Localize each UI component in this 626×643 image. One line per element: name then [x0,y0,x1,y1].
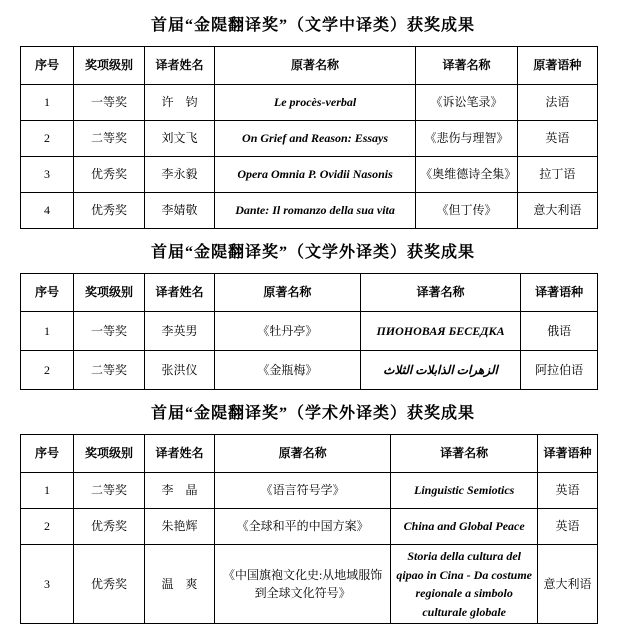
awards-table-literary-chinese: 序号奖项级别译者姓名原著名称译著名称原著语种1一等奖许 钧Le procès-v… [20,46,598,229]
column-header-serial: 序号 [21,435,74,473]
cell-translator-name: 温 爽 [145,545,215,624]
column-header-original-title: 原著名称 [214,274,360,312]
cell-translator-name: 刘文飞 [145,121,215,157]
header-row: 序号奖项级别译者姓名原著名称译著名称原著语种 [21,47,598,85]
table-row: 4优秀奖李婧敬Dante: Il romanzo della sua vita《… [21,193,598,229]
cell-serial: 3 [21,157,74,193]
cell-translator-name: 李英男 [145,312,215,351]
cell-translator-name: 李婧敬 [145,193,215,229]
header-row: 序号奖项级别译者姓名原著名称译著名称译著语种 [21,274,598,312]
cell-original-title: 《中国旗袍文化史:从地域服饰到全球文化符号》 [214,545,391,624]
cell-translated-title: 《但丁传》 [416,193,518,229]
cell-translator-name: 许 钧 [145,85,215,121]
cell-serial: 2 [21,351,74,390]
awards-table-literary-foreign: 序号奖项级别译者姓名原著名称译著名称译著语种1一等奖李英男《牡丹亭》ПИОНОВ… [20,273,598,390]
cell-language: 阿拉伯语 [521,351,598,390]
column-header-original-title: 原著名称 [214,435,391,473]
column-header-language: 译著语种 [521,274,598,312]
section-title-literary-chinese: 首届“金隄翻译奖”（文学中译类）获奖成果 [0,12,626,35]
column-header-translated-title: 译著名称 [416,47,518,85]
section-academic-foreign-translation: 首届“金隄翻译奖”（学术外译类）获奖成果 序号奖项级别译者姓名原著名称译著名称译… [0,400,626,624]
table-row: 2二等奖刘文飞On Grief and Reason: Essays《悲伤与理智… [21,121,598,157]
column-header-language: 译著语种 [537,435,597,473]
cell-translated-title: ПИОНОВАЯ БЕСЕДКА [360,312,520,351]
cell-translated-title: China and Global Peace [391,509,538,545]
section-title-literary-foreign: 首届“金隄翻译奖”（文学外译类）获奖成果 [0,239,626,262]
cell-award-level: 一等奖 [74,312,145,351]
cell-original-title: Opera Omnia P. Ovidii Nasonis [214,157,415,193]
section-title-academic-foreign: 首届“金隄翻译奖”（学术外译类）获奖成果 [0,400,626,423]
cell-language: 英语 [537,473,597,509]
cell-award-level: 一等奖 [74,85,145,121]
cell-original-title: Le procès-verbal [214,85,415,121]
cell-serial: 1 [21,473,74,509]
cell-translator-name: 朱艳辉 [145,509,215,545]
table-row: 3优秀奖温 爽《中国旗袍文化史:从地域服饰到全球文化符号》Storia dell… [21,545,598,624]
cell-award-level: 二等奖 [74,473,145,509]
cell-serial: 2 [21,509,74,545]
cell-language: 法语 [517,85,597,121]
cell-language: 意大利语 [537,545,597,624]
awards-table-academic-foreign: 序号奖项级别译者姓名原著名称译著名称译著语种1二等奖李 晶《语言符号学》Ling… [20,434,598,624]
table-row: 1二等奖李 晶《语言符号学》Linguistic Semiotics英语 [21,473,598,509]
cell-serial: 2 [21,121,74,157]
cell-original-title: 《全球和平的中国方案》 [214,509,391,545]
header-row: 序号奖项级别译者姓名原著名称译著名称译著语种 [21,435,598,473]
column-header-serial: 序号 [21,47,74,85]
cell-language: 意大利语 [517,193,597,229]
cell-language: 英语 [517,121,597,157]
column-header-award-level: 奖项级别 [74,435,145,473]
cell-serial: 3 [21,545,74,624]
table-row: 2二等奖张洪仪《金瓶梅》الزهرات الذابلات الثلاث阿拉伯语 [21,351,598,390]
cell-translated-title: 《悲伤与理智》 [416,121,518,157]
cell-translated-title: الزهرات الذابلات الثلاث [360,351,520,390]
cell-original-title: 《金瓶梅》 [214,351,360,390]
table-row: 1一等奖许 钧Le procès-verbal《诉讼笔录》法语 [21,85,598,121]
award-results-document: 首届“金隄翻译奖”（文学中译类）获奖成果 序号奖项级别译者姓名原著名称译著名称原… [0,0,626,624]
cell-original-title: Dante: Il romanzo della sua vita [214,193,415,229]
column-header-translator-name: 译者姓名 [145,274,215,312]
cell-award-level: 二等奖 [74,121,145,157]
cell-serial: 1 [21,85,74,121]
cell-translator-name: 张洪仪 [145,351,215,390]
cell-original-title: 《语言符号学》 [214,473,391,509]
column-header-translated-title: 译著名称 [391,435,538,473]
column-header-translator-name: 译者姓名 [145,47,215,85]
cell-serial: 1 [21,312,74,351]
cell-award-level: 优秀奖 [74,509,145,545]
cell-original-title: 《牡丹亭》 [214,312,360,351]
section-literary-foreign-translation: 首届“金隄翻译奖”（文学外译类）获奖成果 序号奖项级别译者姓名原著名称译著名称译… [0,239,626,390]
table-row: 2优秀奖朱艳辉《全球和平的中国方案》China and Global Peace… [21,509,598,545]
cell-award-level: 二等奖 [74,351,145,390]
column-header-serial: 序号 [21,274,74,312]
cell-translator-name: 李 晶 [145,473,215,509]
cell-translated-title: Linguistic Semiotics [391,473,538,509]
cell-original-title: On Grief and Reason: Essays [214,121,415,157]
cell-award-level: 优秀奖 [74,157,145,193]
cell-language: 英语 [537,509,597,545]
column-header-award-level: 奖项级别 [74,274,145,312]
cell-award-level: 优秀奖 [74,545,145,624]
cell-translated-title: Storia della cultura del qipao in Cina -… [391,545,538,624]
cell-translated-title: 《奥维德诗全集》 [416,157,518,193]
table-row: 1一等奖李英男《牡丹亭》ПИОНОВАЯ БЕСЕДКА俄语 [21,312,598,351]
table-row: 3优秀奖李永毅Opera Omnia P. Ovidii Nasonis《奥维德… [21,157,598,193]
cell-serial: 4 [21,193,74,229]
column-header-translator-name: 译者姓名 [145,435,215,473]
column-header-language: 原著语种 [517,47,597,85]
cell-language: 拉丁语 [517,157,597,193]
cell-translator-name: 李永毅 [145,157,215,193]
column-header-original-title: 原著名称 [214,47,415,85]
cell-award-level: 优秀奖 [74,193,145,229]
column-header-award-level: 奖项级别 [74,47,145,85]
cell-language: 俄语 [521,312,598,351]
section-literary-chinese-translation: 首届“金隄翻译奖”（文学中译类）获奖成果 序号奖项级别译者姓名原著名称译著名称原… [0,12,626,229]
cell-translated-title: 《诉讼笔录》 [416,85,518,121]
column-header-translated-title: 译著名称 [360,274,520,312]
